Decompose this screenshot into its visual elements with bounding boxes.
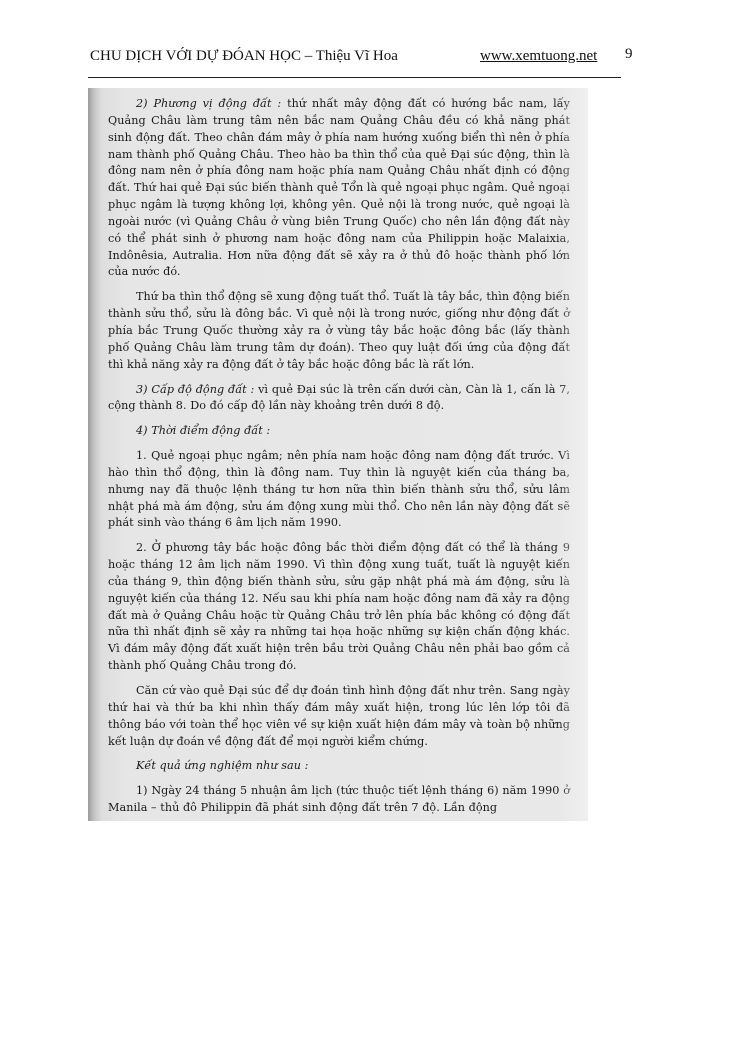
paragraph-timing-2: 2. Ở phương tây bắc hoặc đông bắc thời đ… bbox=[108, 540, 570, 675]
paragraph-timing-1: 1. Quẻ ngoại phục ngâm; nên phía nam hoặ… bbox=[108, 448, 570, 532]
section-heading-direction: 2) Phương vị động đất : bbox=[136, 97, 281, 110]
paragraph-third-point: Thứ ba thìn thổ động sẽ xung động tuất t… bbox=[108, 289, 570, 373]
section-heading-timing: 4) Thời điểm động đất : bbox=[108, 423, 570, 440]
section-heading-results: Kết quả ứng nghiệm như sau : bbox=[108, 758, 570, 775]
section-heading-magnitude: 3) Cấp độ động đất : bbox=[136, 383, 254, 396]
page-number: 9 bbox=[625, 46, 633, 63]
paragraph-announcement: Căn cứ vào quẻ Đại súc để dự đoán tình h… bbox=[108, 683, 570, 750]
paragraph-result-1: 1) Ngày 24 tháng 5 nhuận âm lịch (tức th… bbox=[108, 783, 570, 817]
paragraph-magnitude: 3) Cấp độ động đất : vì quẻ Đại súc là t… bbox=[108, 382, 570, 416]
paragraph-direction: 2) Phương vị động đất : thứ nhất mây độn… bbox=[108, 96, 570, 281]
website-link[interactable]: www.xemtuong.net bbox=[480, 48, 597, 65]
book-title: CHU DỊCH VỚI DỰ ĐÓAN HỌC – Thiệu Vĩ Hoa bbox=[90, 48, 398, 65]
header-divider bbox=[88, 77, 621, 78]
scanned-text-body: 2) Phương vị động đất : thứ nhất mây độn… bbox=[108, 96, 570, 817]
page-header: CHU DỊCH VỚI DỰ ĐÓAN HỌC – Thiệu Vĩ Hoa … bbox=[90, 46, 622, 70]
scanned-page-image: 2) Phương vị động đất : thứ nhất mây độn… bbox=[88, 88, 588, 821]
